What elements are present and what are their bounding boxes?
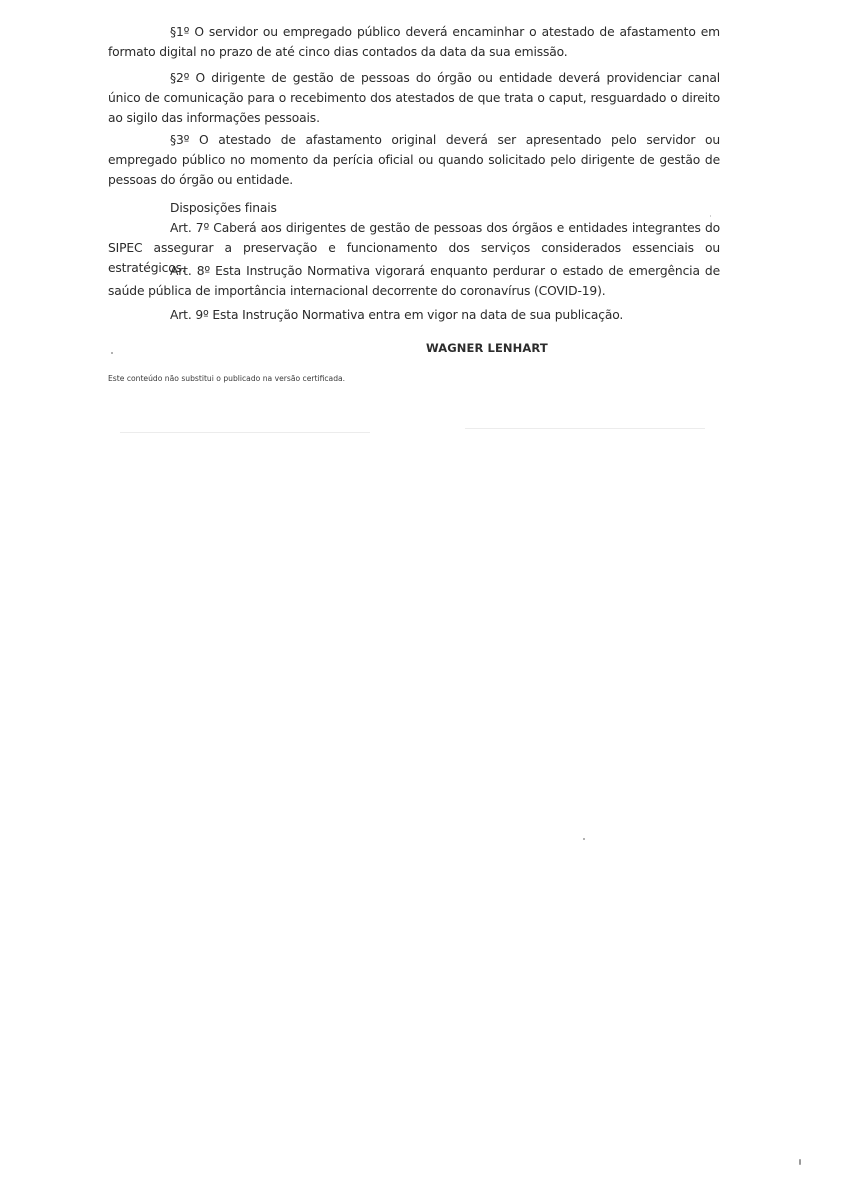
scanned-page: §1º O servidor ou empregado público deve… bbox=[0, 0, 848, 1200]
article-9: Art. 9º Esta Instrução Normativa entra e… bbox=[108, 305, 720, 325]
paragraph-2-text: §2º O dirigente de gestão de pessoas do … bbox=[108, 71, 720, 125]
paragraph-1: §1º O servidor ou empregado público deve… bbox=[108, 22, 720, 62]
article-8-text: Art. 8º Esta Instrução Normativa vigorar… bbox=[108, 264, 720, 298]
scan-artifact bbox=[120, 432, 370, 433]
scan-speck bbox=[111, 352, 113, 354]
section-heading: Disposições finais bbox=[170, 198, 277, 218]
paragraph-3-text: §3º O atestado de afastamento original d… bbox=[108, 133, 720, 187]
scan-speck bbox=[710, 215, 711, 217]
disclaimer: Este conteúdo não substitui o publicado … bbox=[108, 374, 345, 383]
scan-speck bbox=[583, 838, 585, 840]
paragraph-3: §3º O atestado de afastamento original d… bbox=[108, 130, 720, 190]
signature: WAGNER LENHART bbox=[426, 341, 548, 355]
scan-artifact bbox=[465, 428, 705, 429]
paragraph-2: §2º O dirigente de gestão de pessoas do … bbox=[108, 68, 720, 128]
paragraph-1-text: §1º O servidor ou empregado público deve… bbox=[108, 25, 720, 59]
scan-speck bbox=[799, 1159, 801, 1165]
article-8: Art. 8º Esta Instrução Normativa vigorar… bbox=[108, 261, 720, 301]
article-9-text: Art. 9º Esta Instrução Normativa entra e… bbox=[170, 308, 623, 322]
